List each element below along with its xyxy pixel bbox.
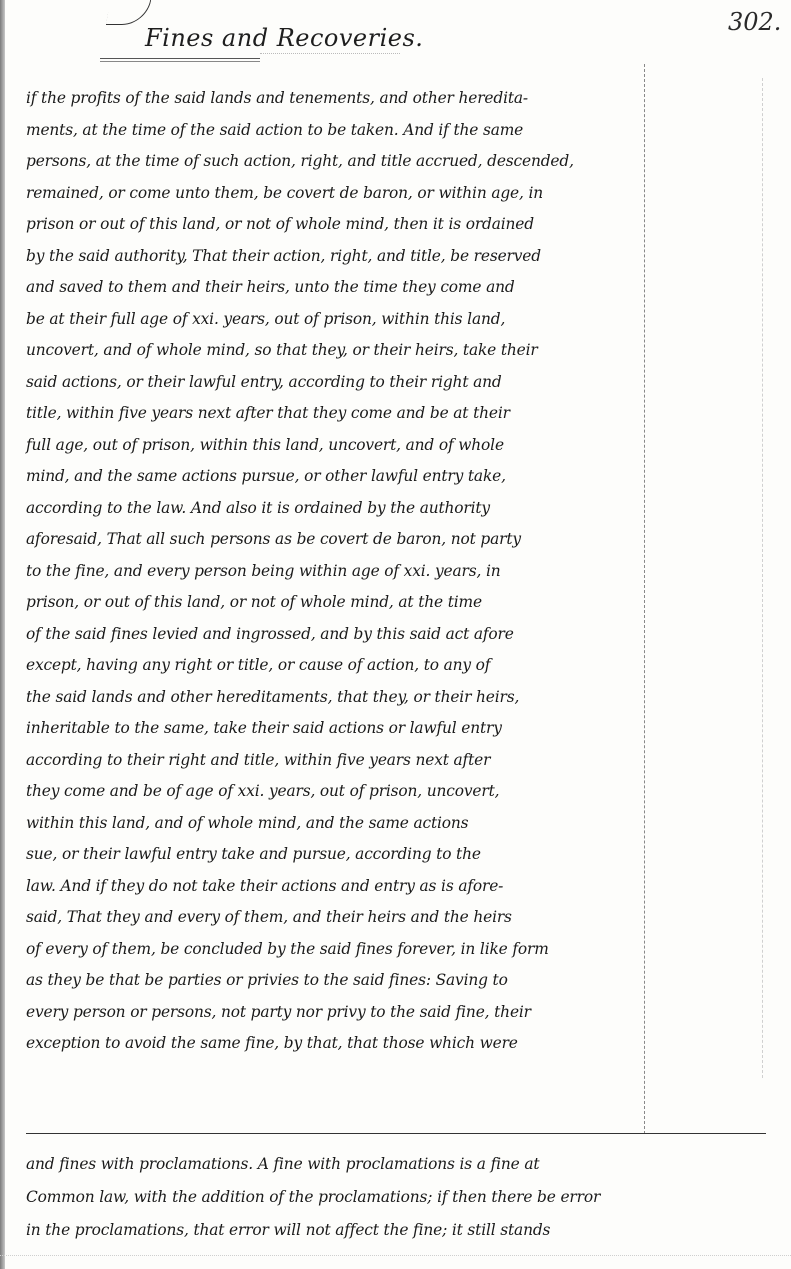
manuscript-line: every person or persons, not party nor p…: [26, 997, 646, 1029]
title-rule-dotted: [260, 53, 400, 54]
footnote-line: Common law, with the addition of the pro…: [26, 1181, 776, 1214]
manuscript-line: aforesaid, That all such persons as be c…: [26, 524, 646, 556]
manuscript-line: the said lands and other hereditaments, …: [26, 682, 646, 714]
page-number: 302.: [728, 8, 781, 36]
footnote-line: and fines with proclamations. A fine wit…: [26, 1148, 776, 1181]
footnote-line: in the proclamations, that error will no…: [26, 1214, 776, 1247]
manuscript-line: prison, or out of this land, or not of w…: [26, 587, 646, 619]
manuscript-line: by the said authority, That their action…: [26, 241, 646, 273]
manuscript-line: uncovert, and of whole mind, so that the…: [26, 335, 646, 367]
scan-edge: [0, 0, 5, 1269]
manuscript-line: they come and be of age of xxi. years, o…: [26, 776, 646, 808]
manuscript-line: of the said fines levied and ingrossed, …: [26, 619, 646, 651]
margin-rule-faint: [762, 78, 763, 1078]
footnote: and fines with proclamations. A fine wit…: [26, 1148, 776, 1247]
manuscript-line: title, within five years next after that…: [26, 398, 646, 430]
manuscript-line: ments, at the time of the said action to…: [26, 115, 646, 147]
manuscript-body: if the profits of the said lands and ten…: [26, 83, 646, 1060]
manuscript-line: as they be that be parties or privies to…: [26, 965, 646, 997]
manuscript-line: according to the law. And also it is ord…: [26, 493, 646, 525]
footnote-divider: [26, 1133, 766, 1134]
title-underline-double: [100, 61, 260, 62]
manuscript-line: according to their right and title, with…: [26, 745, 646, 777]
manuscript-line: remained, or come unto them, be covert d…: [26, 178, 646, 210]
manuscript-line: inheritable to the same, take their said…: [26, 713, 646, 745]
title-underline: [100, 58, 260, 59]
manuscript-line: persons, at the time of such action, rig…: [26, 146, 646, 178]
manuscript-line: within this land, and of whole mind, and…: [26, 808, 646, 840]
manuscript-line: to the fine, and every person being with…: [26, 556, 646, 588]
scan-bottom-edge: [0, 1255, 791, 1256]
title-flourish: [106, 0, 151, 25]
manuscript-line: of every of them, be concluded by the sa…: [26, 934, 646, 966]
manuscript-line: full age, out of prison, within this lan…: [26, 430, 646, 462]
manuscript-line: sue, or their lawful entry take and purs…: [26, 839, 646, 871]
manuscript-line: said actions, or their lawful entry, acc…: [26, 367, 646, 399]
manuscript-line: except, having any right or title, or ca…: [26, 650, 646, 682]
manuscript-line: law. And if they do not take their actio…: [26, 871, 646, 903]
manuscript-line: mind, and the same actions pursue, or ot…: [26, 461, 646, 493]
manuscript-line: exception to avoid the same fine, by tha…: [26, 1028, 646, 1060]
manuscript-line: said, That they and every of them, and t…: [26, 902, 646, 934]
manuscript-line: if the profits of the said lands and ten…: [26, 83, 646, 115]
manuscript-line: and saved to them and their heirs, unto …: [26, 272, 646, 304]
manuscript-line: be at their full age of xxi. years, out …: [26, 304, 646, 336]
manuscript-line: prison or out of this land, or not of wh…: [26, 209, 646, 241]
page-title: Fines and Recoveries.: [145, 24, 423, 52]
